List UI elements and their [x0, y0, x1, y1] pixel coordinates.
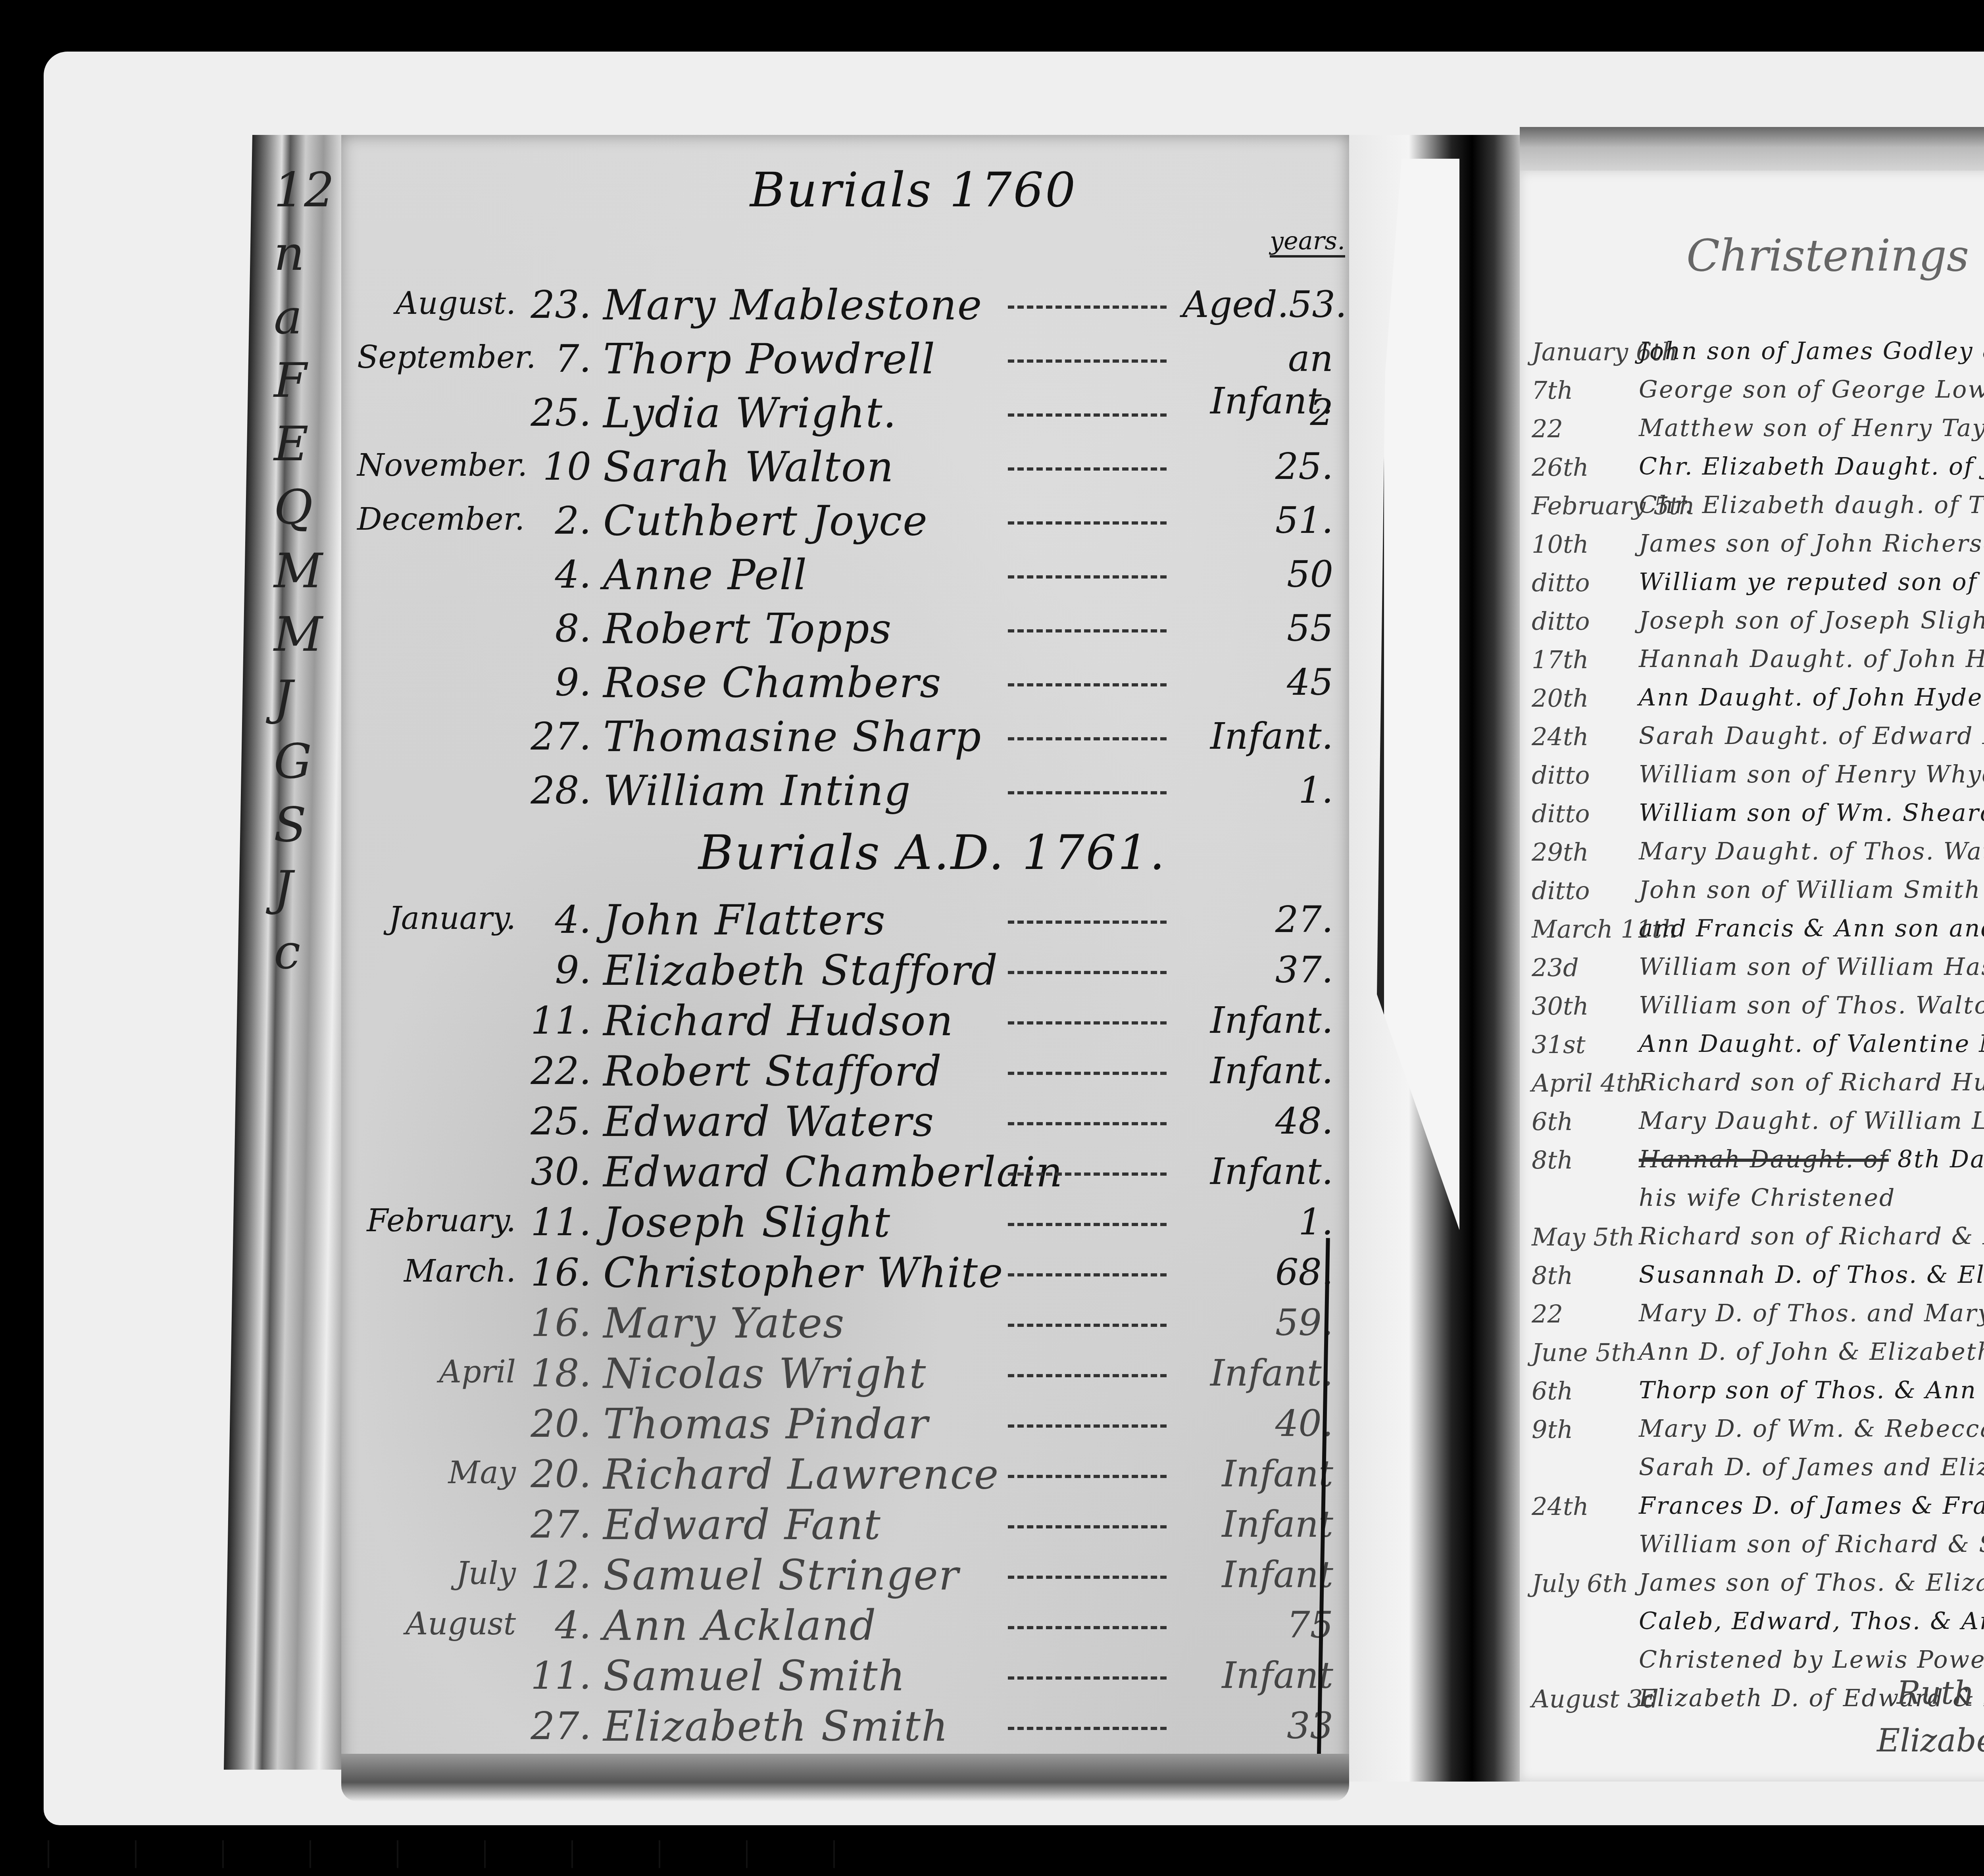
burial-name: Robert Topps: [603, 605, 892, 653]
burial-day: 18.: [524, 1351, 591, 1395]
christening-entry: his wife Christened: [1520, 1184, 1984, 1228]
dash-leader: [1008, 737, 1167, 740]
burial-day: 2.: [524, 498, 591, 543]
christening-entry: 10thJames son of John Richerson and Mary…: [1520, 530, 1984, 573]
christening-text: Thorp son of Thos. & Ann Powdrell nam. C…: [1639, 1376, 1984, 1404]
christening-date: 8th: [1532, 1146, 1647, 1174]
burial-day: 11.: [524, 1200, 591, 1244]
christening-date: ditto: [1532, 761, 1647, 790]
dash-leader: [1008, 791, 1167, 794]
dash-leader: [1008, 1424, 1167, 1428]
signature-name: Elizabeth Richardson: [1877, 1722, 1984, 1759]
christening-text-body: Frances D. of James & Frances Kidd nam. …: [1639, 1492, 1984, 1520]
burial-age: 1.: [1182, 769, 1333, 811]
christening-date: June 5th: [1532, 1338, 1647, 1367]
sprocket-tick: [484, 1840, 486, 1868]
burial-entry: 27.Thomasine SharpInfant.: [341, 717, 1349, 769]
burial-name: Thorp Powdrell: [603, 335, 936, 383]
christening-text-body: Mary D. of Wm. & Rebecca Inchesby nam. C…: [1639, 1415, 1984, 1443]
burial-name: Joseph Slight: [603, 1198, 891, 1247]
burial-month: January.: [357, 901, 516, 936]
dash-leader: [1008, 629, 1167, 632]
burial-name: Samuel Smith: [603, 1652, 906, 1700]
christening-date: 23d: [1532, 953, 1647, 982]
christening-text-body: 8th Daniel son of Daniel Watson and Mart…: [1897, 1146, 1984, 1173]
burial-day: 8.: [524, 606, 591, 651]
christening-text-body: Chr. Elizabeth daugh. of Thos. Ackland &…: [1639, 491, 1984, 519]
burial-day: 16.: [524, 1250, 591, 1295]
burial-name: Robert Stafford: [603, 1047, 942, 1096]
margin-fragment: c: [274, 921, 337, 984]
burial-month: August: [357, 1606, 516, 1642]
christening-entry: 6thThorp son of Thos. & Ann Powdrell nam…: [1520, 1376, 1984, 1420]
burial-name: Ann Ackland: [603, 1601, 877, 1650]
christening-text: John son of William Smith & Dorothy his …: [1639, 876, 1984, 904]
burials-1760-title: Burials 1760: [750, 163, 1077, 218]
christening-text-body: Chr. Elizabeth Daught. of John Loveday a…: [1639, 453, 1984, 481]
burial-entry: August.23.Mary MablestoneAged.53.: [341, 286, 1349, 337]
sprocket-tick: [135, 1840, 136, 1868]
burial-age: Infant.: [1182, 1150, 1333, 1193]
christening-text: Richard son of Richard & Hannah Granger …: [1639, 1222, 1984, 1250]
christening-text-body: Mary Daught. of William Longfoot and Eli…: [1639, 1107, 1984, 1135]
dash-leader: [1008, 521, 1167, 525]
burial-month: August.: [357, 286, 516, 321]
christening-text: his wife Christened: [1639, 1184, 1896, 1212]
christening-date: August 3d: [1532, 1684, 1647, 1713]
christening-entry: March 11thand Francis & Ann son and Daug…: [1520, 915, 1984, 958]
dash-leader: [1008, 1172, 1167, 1176]
christening-text-body: Thorp son of Thos. & Ann Powdrell nam. C…: [1639, 1376, 1984, 1404]
christening-text-body: Susannah D. of Thos. & Elizabeth Brittai…: [1639, 1261, 1984, 1289]
burial-entry: December.2.Cuthbert Joyce51.: [341, 502, 1349, 553]
burials-1761-title: Burials A.D. 1761.: [698, 825, 1166, 880]
burial-day: 10: [524, 444, 591, 489]
burial-entry: 27.Edward FantInfant: [341, 1505, 1349, 1557]
christening-text-body: Caleb, Edward, Thos. & Ann Children of J…: [1639, 1607, 1984, 1635]
dash-leader: [1008, 1324, 1167, 1327]
previous-page-margin: 12naFEQMMJGSJc: [274, 159, 337, 1071]
christening-entry: 29thMary Daught. of Thos. Watson & Eliza…: [1520, 838, 1984, 881]
christening-entry: 17thHannah Daught. of John Hudson and El…: [1520, 645, 1984, 689]
dash-leader: [1008, 1727, 1167, 1730]
burial-day: 22.: [524, 1049, 591, 1093]
christening-entry: 8thSusannah D. of Thos. & Elizabeth Brit…: [1520, 1261, 1984, 1305]
sprocket-tick: [397, 1840, 398, 1868]
burial-entry: March.16.Christopher White68.: [341, 1253, 1349, 1305]
burial-name: Cuthbert Joyce: [603, 497, 928, 545]
christening-entry: Caleb, Edward, Thos. & Ann Children of J…: [1520, 1607, 1984, 1651]
christening-date: 8th: [1532, 1261, 1647, 1290]
christening-text: Frances D. of James & Frances Kidd nam. …: [1639, 1492, 1984, 1520]
burial-day: 7.: [524, 336, 591, 381]
christening-text: James son of John Richerson and Mary his…: [1639, 530, 1984, 557]
christening-date: February 5th: [1532, 491, 1647, 520]
christening-text: Sarah Daught. of Edward Brotcher and Kat…: [1639, 722, 1984, 750]
burial-age: 68.: [1182, 1251, 1333, 1294]
burial-month: May: [357, 1455, 516, 1491]
burial-entry: 11.Samuel SmithInfant: [341, 1657, 1349, 1708]
burial-name: Sarah Walton: [603, 443, 894, 491]
burial-entry: 28.William Inting1.: [341, 771, 1349, 823]
dash-leader: [1008, 921, 1167, 924]
burial-entry: 16.Mary Yates59.: [341, 1304, 1349, 1355]
register-book-spread: 12naFEQMMJGSJc Burials 1760 years. Augus…: [206, 119, 1984, 1825]
sprocket-tick: [222, 1840, 224, 1868]
margin-fragment: J: [274, 667, 337, 730]
christening-text: Mary D. of Wm. & Rebecca Inchesby nam. C…: [1639, 1415, 1984, 1443]
burial-name: Richard Lawrence: [603, 1450, 999, 1499]
christening-entry: 7thGeorge son of George Lowe & Hannah hi…: [1520, 376, 1984, 419]
dash-leader: [1008, 1273, 1167, 1276]
christening-text: Matthew son of Henry Taylor & Mary his w…: [1639, 414, 1984, 442]
burial-day: 4.: [524, 1603, 591, 1647]
christening-date: 26th: [1532, 453, 1647, 482]
burial-age: 2: [1182, 391, 1333, 434]
book-gutter: [1349, 135, 1520, 1782]
burial-month: September.: [357, 340, 516, 375]
christening-text: William ye reputed son of William Ellis …: [1639, 568, 1984, 596]
christening-text: James son of Thos. & Elizabeth Walker: [1639, 1569, 1984, 1597]
christening-entry: July 6thJames son of Thos. & Elizabeth W…: [1520, 1569, 1984, 1613]
christening-entry: 26thChr. Elizabeth Daught. of John Loved…: [1520, 453, 1984, 496]
burial-name: Edward Waters: [603, 1098, 934, 1146]
christening-text-body: William son of Thos. Walton and Elizabet…: [1639, 992, 1984, 1019]
burial-day: 27.: [524, 714, 591, 759]
burial-age: 50: [1182, 553, 1333, 596]
burial-entry: August4.Ann Ackland75: [341, 1606, 1349, 1658]
dash-leader: [1008, 1576, 1167, 1579]
burial-day: 23.: [524, 283, 591, 327]
burial-age: 37.: [1182, 949, 1333, 991]
christening-entry: 8thHannah Daught. of 8th Daniel son of D…: [1520, 1146, 1984, 1189]
margin-fragment: S: [274, 794, 337, 857]
dash-leader: [1008, 1072, 1167, 1075]
christening-date: 9th: [1532, 1415, 1647, 1444]
burial-entry: July12.Samuel StringerInfant: [341, 1556, 1349, 1607]
burial-age: Infant: [1182, 1503, 1333, 1545]
burial-month: December.: [357, 502, 516, 537]
christening-date: 31st: [1532, 1030, 1647, 1059]
christening-text: William son of Henry Whyder and Elizabet…: [1639, 761, 1984, 788]
christening-text-body: William son of Richard & Sarah Hart Chri…: [1639, 1530, 1984, 1558]
christening-entry: William son of Richard & Sarah Hart Chri…: [1520, 1530, 1984, 1574]
christening-entry: 24thSarah Daught. of Edward Brotcher and…: [1520, 722, 1984, 766]
christening-text-body: Christened by Lewis Powell Minister: [1639, 1646, 1984, 1674]
burials-page: Burials 1760 years. August.23.Mary Mable…: [341, 135, 1349, 1782]
christening-date: January 6th: [1532, 337, 1647, 366]
burial-entry: 9.Elizabeth Stafford37.: [341, 951, 1349, 1003]
christening-text-body: George son of George Lowe & Hannah his w…: [1639, 376, 1984, 404]
burial-age: 25.: [1182, 445, 1333, 488]
dash-leader: [1008, 359, 1167, 363]
burial-age: 45: [1182, 661, 1333, 703]
christening-text-body: John son of James Godley & Prudence his: [1639, 337, 1984, 365]
christening-entry: 24thFrances D. of James & Frances Kidd n…: [1520, 1492, 1984, 1536]
dash-leader: [1008, 1525, 1167, 1528]
burial-entry: January.4.John Flatters27.: [341, 901, 1349, 952]
christening-text-body: William son of Wm. Shearcroft & Rebecah …: [1639, 799, 1984, 827]
burial-name: Rose Chambers: [603, 659, 942, 707]
christening-text-body: Richard son of Richard Hudson & Elizabet…: [1639, 1069, 1984, 1096]
christening-text-body: and Francis & Ann son and Daughter of Wm…: [1639, 915, 1984, 942]
christening-date: ditto: [1532, 876, 1647, 905]
christening-entry: 22Mary D. of Thos. and Mary Northand nam…: [1520, 1299, 1984, 1343]
christening-text-body: William son of William Hastings and Ann …: [1639, 953, 1984, 981]
christening-entry: dittoJoseph son of Joseph Slight and Eli…: [1520, 607, 1984, 650]
burial-name: Edward Fant: [603, 1501, 881, 1549]
christening-date: 7th: [1532, 376, 1647, 405]
burial-day: 12.: [524, 1553, 591, 1597]
burial-month: November.: [357, 448, 516, 483]
sprocket-tick: [659, 1840, 660, 1868]
christening-date: ditto: [1532, 568, 1647, 597]
christening-text-body: Sarah D. of James and Elizabeth Bellamy …: [1639, 1453, 1984, 1481]
sprocket-tick: [833, 1840, 835, 1868]
dash-leader: [1008, 971, 1167, 974]
margin-fragment: E: [274, 413, 337, 476]
christening-date: 24th: [1532, 722, 1647, 751]
margin-fragment: n: [274, 222, 337, 286]
burial-entry: November.10Sarah Walton25.: [341, 448, 1349, 499]
dash-leader: [1008, 1122, 1167, 1125]
dash-leader: [1008, 413, 1167, 417]
burial-day: 27.: [524, 1704, 591, 1748]
christening-entry: 6thMary Daught. of William Longfoot and …: [1520, 1107, 1984, 1151]
burial-day: 16.: [524, 1301, 591, 1345]
sprocket-tick: [310, 1840, 311, 1868]
margin-fragment: 12: [274, 159, 337, 222]
sprocket-tick: [571, 1840, 573, 1868]
sprocket-tick: [746, 1840, 748, 1868]
burial-day: 11.: [524, 998, 591, 1043]
christening-date: April 4th: [1532, 1069, 1647, 1098]
christening-text: Ann D. of John & Elizabeth Sheen nam. Ch…: [1639, 1338, 1984, 1366]
burial-name: Anne Pell: [603, 551, 807, 599]
christening-text-body: Ann Daught. of John Hyde & Ann his wife: [1639, 684, 1984, 711]
burial-day: 11.: [524, 1653, 591, 1698]
margin-fragment: F: [274, 349, 337, 413]
burial-day: 9.: [524, 660, 591, 705]
christening-text: George son of George Lowe & Hannah his w…: [1639, 376, 1984, 404]
burial-age: Infant: [1182, 1553, 1333, 1596]
burial-name: Christopher White: [603, 1249, 1004, 1297]
christening-entry: dittoWilliam son of Henry Whyder and Eli…: [1520, 761, 1984, 804]
christening-text: Joseph son of Joseph Slight and Elizabet…: [1639, 607, 1984, 634]
margin-fragment: Q: [274, 476, 337, 540]
burial-day: 30.: [524, 1149, 591, 1194]
christening-text-body: Hannah Daught. of John Hudson and Elizab…: [1639, 645, 1984, 673]
christening-text-body: Mary Daught. of Thos. Watson & Elizabeth…: [1639, 838, 1984, 865]
christening-date: 22: [1532, 414, 1647, 443]
christening-text: William son of William Hastings and Ann …: [1639, 953, 1984, 981]
margin-fragment: a: [274, 286, 337, 349]
burial-day: 25.: [524, 1099, 591, 1144]
christening-entry: 20thAnn Daught. of John Hyde & Ann his w…: [1520, 684, 1984, 727]
christening-text-body: Ann D. of John & Elizabeth Sheen nam. Ch…: [1639, 1338, 1984, 1366]
burial-age: 33: [1182, 1705, 1333, 1747]
christening-date: 29th: [1532, 838, 1647, 867]
burial-month: March.: [357, 1253, 516, 1289]
burial-day: 4.: [524, 898, 591, 942]
burial-age: 75: [1182, 1604, 1333, 1646]
burial-name: John Flatters: [603, 896, 886, 944]
burial-day: 27.: [524, 1502, 591, 1547]
page-curl-bottom: [341, 1754, 1349, 1801]
burial-age: Infant.: [1182, 715, 1333, 757]
dash-leader: [1008, 1676, 1167, 1680]
christening-text: Susannah D. of Thos. & Elizabeth Brittai…: [1639, 1261, 1984, 1289]
burial-age: Aged.53.: [1182, 283, 1333, 326]
burial-age: 55: [1182, 607, 1333, 650]
burial-age: Infant: [1182, 1453, 1333, 1495]
christening-text: Chr. Elizabeth Daught. of John Loveday a…: [1639, 453, 1984, 481]
burial-entry: 11.Richard HudsonInfant.: [341, 1001, 1349, 1053]
christening-date: July 6th: [1532, 1569, 1647, 1598]
christening-text: William son of Wm. Shearcroft & Rebecah …: [1639, 799, 1984, 827]
burial-name: William Inting: [603, 767, 911, 815]
christening-text-body: James son of Thos. & Elizabeth Walker: [1639, 1569, 1984, 1597]
christening-text: Ann Daught. of Valentine Museon and Marg…: [1639, 1030, 1984, 1058]
christening-text: Hannah Daught. of John Hudson and Elizab…: [1639, 645, 1984, 673]
christenings-title: Christenings 1760: [1686, 230, 1984, 281]
christening-text: William son of Thos. Walton and Elizabet…: [1639, 992, 1984, 1019]
christening-text: Mary D. of Thos. and Mary Northand nam. …: [1639, 1299, 1984, 1327]
christenings-page: Christenings 1760 wife January 6thJohn s…: [1520, 171, 1984, 1782]
dash-leader: [1008, 1223, 1167, 1226]
dash-leader: [1008, 306, 1167, 309]
christening-entry: February 5thChr. Elizabeth daugh. of Tho…: [1520, 491, 1984, 535]
christening-text-body: Matthew son of Henry Taylor & Mary his w…: [1639, 414, 1984, 442]
burial-age: 51.: [1182, 499, 1333, 542]
burial-entry: September.7.Thorp Powdrellan Infant.: [341, 340, 1349, 391]
burial-name: Edward Chamberlain: [603, 1148, 1063, 1196]
christening-text-body: Richard son of Richard & Hannah Granger …: [1639, 1222, 1984, 1250]
christening-entry: January 6thJohn son of James Godley & Pr…: [1520, 337, 1984, 381]
christening-text-body: John son of William Smith & Dorothy his …: [1639, 876, 1984, 904]
margin-fragment: G: [274, 730, 337, 794]
dash-leader: [1008, 1374, 1167, 1377]
burial-age: 40.: [1182, 1402, 1333, 1445]
dash-leader: [1008, 1021, 1167, 1024]
christening-text: Hannah Daught. of 8th Daniel son of Dani…: [1639, 1146, 1984, 1173]
burial-age: 59.: [1182, 1301, 1333, 1344]
christening-entry: Sarah D. of James and Elizabeth Bellamy …: [1520, 1453, 1984, 1497]
christening-text-body: Mary D. of Thos. and Mary Northand nam. …: [1639, 1299, 1984, 1327]
burial-age: Infant.: [1182, 1352, 1333, 1394]
burial-entry: 8.Robert Topps55: [341, 609, 1349, 661]
burial-name: Nicolas Wright: [603, 1349, 927, 1398]
burial-entry: 22.Robert StaffordInfant.: [341, 1052, 1349, 1103]
burial-entry: 25.Lydia Wright.2: [341, 394, 1349, 445]
burial-month: February.: [357, 1203, 516, 1239]
christening-entry: June 5thAnn D. of John & Elizabeth Sheen…: [1520, 1338, 1984, 1382]
christening-date: ditto: [1532, 799, 1647, 828]
struck-text: Hannah Daught. of: [1639, 1146, 1889, 1173]
christening-text-body: Joseph son of Joseph Slight and Elizabet…: [1639, 607, 1984, 634]
christening-date: May 5th: [1532, 1222, 1647, 1251]
dash-leader: [1008, 683, 1167, 686]
christening-date: ditto: [1532, 607, 1647, 636]
christening-text: and Francis & Ann son and Daughter of Wm…: [1639, 915, 1984, 942]
christening-date: 17th: [1532, 645, 1647, 674]
burial-age: 1.: [1182, 1201, 1333, 1243]
burial-entry: May20.Richard LawrenceInfant: [341, 1455, 1349, 1507]
christening-entry: 30thWilliam son of Thos. Walton and Eliz…: [1520, 992, 1984, 1035]
burial-age: Infant.: [1182, 1049, 1333, 1092]
christening-date: 22: [1532, 1299, 1647, 1328]
margin-fragment: J: [274, 857, 337, 921]
burial-day: 20.: [524, 1401, 591, 1446]
christening-entry: 31stAnn Daught. of Valentine Museon and …: [1520, 1030, 1984, 1074]
christening-text: William son of Richard & Sarah Hart Chri…: [1639, 1530, 1984, 1558]
burial-name: Richard Hudson: [603, 997, 954, 1045]
sprocket-tick: [48, 1840, 49, 1868]
burial-entry: 25.Edward Waters48.: [341, 1102, 1349, 1154]
christening-date: 10th: [1532, 530, 1647, 559]
christening-date: March 11th: [1532, 915, 1647, 944]
burial-entry: 4.Anne Pell50: [341, 555, 1349, 607]
burial-month: July: [357, 1556, 516, 1592]
christening-text: Richard son of Richard Hudson & Elizabet…: [1639, 1069, 1984, 1096]
christening-date: 6th: [1532, 1107, 1647, 1136]
torn-leaf: [1377, 159, 1459, 1230]
christening-date: 30th: [1532, 992, 1647, 1021]
film-sprocket-marks: [48, 1836, 921, 1868]
christening-entry: 22Matthew son of Henry Taylor & Mary his…: [1520, 414, 1984, 458]
christening-date: 6th: [1532, 1376, 1647, 1405]
signature-name: Ruth Luseley: [1897, 1674, 1984, 1711]
christening-text: Sarah D. of James and Elizabeth Bellamy …: [1639, 1453, 1984, 1481]
christening-text: John son of James Godley & Prudence his: [1639, 337, 1984, 365]
margin-fragment: M: [274, 540, 337, 603]
burial-name: Thomasine Sharp: [603, 713, 982, 761]
burial-entry: 20.Thomas Pindar40.: [341, 1405, 1349, 1456]
burial-entry: April18.Nicolas WrightInfant.: [341, 1354, 1349, 1406]
burial-age: 48.: [1182, 1100, 1333, 1142]
burial-month: April: [357, 1354, 516, 1390]
christening-entry: May 5thRichard son of Richard & Hannah G…: [1520, 1222, 1984, 1266]
years-column-header: years.: [1270, 226, 1345, 258]
burial-day: 9.: [524, 948, 591, 992]
burial-name: Thomas Pindar: [603, 1400, 929, 1448]
christening-text-body: William ye reputed son of William Ellis …: [1639, 568, 1984, 596]
dash-leader: [1008, 1475, 1167, 1478]
christening-date: 20th: [1532, 684, 1647, 713]
christening-text-body: Ann Daught. of Valentine Museon and Marg…: [1639, 1030, 1984, 1058]
christening-date: 24th: [1532, 1492, 1647, 1521]
burial-day: 28.: [524, 768, 591, 813]
burial-entry: 30.Edward ChamberlainInfant.: [341, 1153, 1349, 1204]
burial-name: Lydia Wright.: [603, 389, 897, 437]
burial-entry: 27.Elizabeth Smith33: [341, 1707, 1349, 1759]
burial-entry: 9.Rose Chambers45: [341, 663, 1349, 715]
burial-age: 27.: [1182, 898, 1333, 941]
burial-name: Elizabeth Smith: [603, 1702, 949, 1751]
christening-text: Ann Daught. of John Hyde & Ann his wife: [1639, 684, 1984, 711]
christening-text-body: William son of Henry Whyder and Elizabet…: [1639, 761, 1984, 788]
dash-leader: [1008, 1626, 1167, 1629]
christening-entry: dittoWilliam son of Wm. Shearcroft & Reb…: [1520, 799, 1984, 843]
christening-text-body: Sarah Daught. of Edward Brotcher and Kat…: [1639, 722, 1984, 750]
burial-name: Elizabeth Stafford: [603, 946, 998, 995]
christening-text-body: his wife Christened: [1639, 1184, 1896, 1212]
burial-entry: February.11.Joseph Slight1.: [341, 1203, 1349, 1255]
christening-entry: 23dWilliam son of William Hastings and A…: [1520, 953, 1984, 997]
christening-text: Chr. Elizabeth daugh. of Thos. Ackland &…: [1639, 491, 1984, 519]
christening-text-body: James son of John Richerson and Mary his…: [1639, 530, 1984, 557]
burial-day: 20.: [524, 1452, 591, 1496]
